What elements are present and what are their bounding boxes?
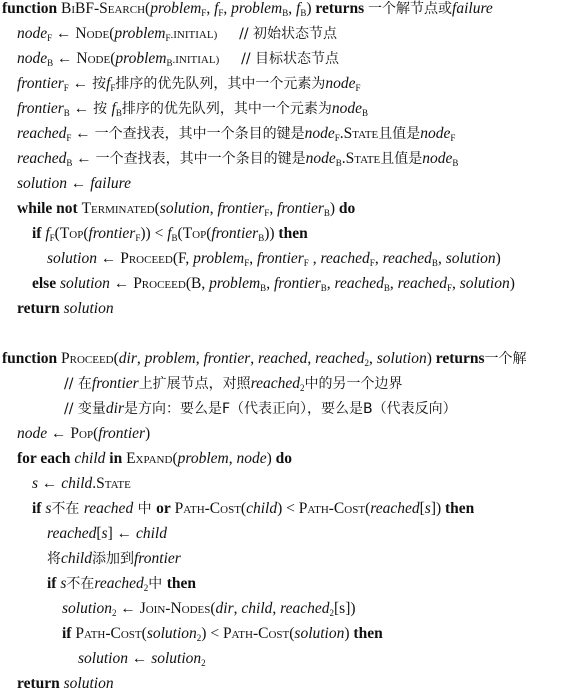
param: frontier (203, 350, 250, 367)
arg: reached (370, 500, 419, 517)
subscript: B (64, 108, 70, 118)
less-than: < (210, 625, 219, 642)
keyword: then (353, 625, 382, 642)
fn: Node (76, 50, 110, 67)
var: dir (106, 400, 124, 417)
fn: Expand (126, 450, 172, 467)
subscript: 2 (365, 358, 370, 368)
code-line: while not Terminated(solution, frontierF… (17, 200, 355, 218)
var: reached (94, 575, 143, 592)
var: child (61, 550, 92, 567)
subscript: F (304, 258, 309, 268)
subscript: B (172, 233, 178, 243)
returns-failure: failure (452, 0, 493, 17)
code-line: if s不在 reached 中 or Path-Cost(child) < P… (32, 500, 474, 518)
param: problem (150, 0, 201, 17)
keyword: if (62, 625, 71, 642)
text: 按 (93, 101, 111, 117)
var: node (325, 75, 355, 92)
param: reached (258, 350, 307, 367)
var: s (32, 475, 38, 492)
code-line: nodeF ← Node(problemF.INITIAL) // 初始状态节点 (17, 25, 337, 43)
code-line: solution ← failure (17, 175, 131, 193)
param: problem (231, 0, 282, 17)
subscript: F (370, 258, 375, 268)
var: solution (64, 300, 114, 317)
var: solution (60, 275, 110, 292)
subscript: F (50, 233, 55, 243)
param: reached (315, 350, 364, 367)
code-line: frontierB ← 按 fB排序的优先队列，其中一个元素为nodeB (17, 100, 368, 118)
comment: // 变量 (64, 401, 106, 417)
subscript: F (450, 133, 455, 143)
fn: Path-Cost (223, 625, 289, 642)
assign-arrow: ← (71, 175, 87, 192)
code-line: return solution (17, 300, 114, 318)
var: child (136, 525, 167, 542)
arg: solution (294, 625, 344, 642)
subscript: F (66, 133, 71, 143)
comment: // 目标状态节点 (241, 51, 339, 67)
value: failure (90, 175, 131, 192)
var: child (61, 475, 92, 492)
comment: // 在 (64, 376, 92, 392)
assign-arrow: ← (74, 100, 90, 117)
subscript: B (384, 283, 390, 293)
assign-arrow: ← (75, 125, 91, 142)
arg: solution (460, 275, 510, 292)
subscript: B (47, 58, 53, 68)
keyword: else (32, 275, 56, 292)
fn: Top (183, 225, 207, 242)
assign-arrow: ← (42, 475, 58, 492)
text: 不在 (51, 501, 83, 517)
code-line: reachedF ← 一个查找表，其中一个条目的键是nodeF.State且值是… (17, 125, 455, 143)
var: frontier (134, 550, 181, 567)
text: 一个查找表，其中一个条目的键是 (95, 126, 305, 142)
arg: F (178, 250, 185, 267)
var: frontier (17, 100, 64, 117)
var: node (420, 125, 450, 142)
var: node (306, 150, 336, 167)
var: node (305, 125, 335, 142)
assign-arrow: ← (51, 425, 67, 442)
code-line: if fF(Top(frontierF)) < fB(Top(frontierB… (32, 225, 308, 243)
code-line: node ← Pop(frontier) (17, 425, 150, 443)
arg: frontier (274, 275, 321, 292)
arg: reached (280, 600, 329, 617)
code-line: reached[s] ← child (47, 525, 167, 543)
keyword: if (32, 225, 41, 242)
param: problem (145, 350, 196, 367)
assign-arrow: ← (101, 250, 117, 267)
code-line: solution ← solution2 (78, 650, 206, 668)
var: node (17, 50, 47, 67)
keyword: do (276, 450, 292, 467)
arg: reached (383, 250, 432, 267)
keyword: then (445, 500, 474, 517)
code-line: reachedB ← 一个查找表，其中一个条目的键是nodeB.State且值是… (17, 150, 458, 168)
subscript: F (218, 8, 223, 18)
arg: frontier (277, 200, 324, 217)
var: solution (151, 650, 201, 667)
keyword: while not (17, 200, 78, 217)
var: reached (84, 500, 133, 517)
fn: Path-Cost (75, 625, 141, 642)
fn: Path-Cost (175, 500, 241, 517)
arg: frontier (89, 225, 136, 242)
var: reached (47, 525, 96, 542)
assign-arrow: ← (73, 75, 89, 92)
text: 不在 (66, 576, 94, 592)
arg: frontier (218, 200, 265, 217)
fn: Pop (70, 425, 93, 442)
fn: Terminated (82, 200, 155, 217)
assign-arrow: ← (120, 600, 136, 617)
subscript: 2 (112, 608, 117, 618)
fn: Path-Cost (299, 500, 365, 517)
var: node (17, 25, 47, 42)
attr: .INITIAL) (173, 54, 220, 66)
arg: B (191, 275, 201, 292)
attr: .State (342, 150, 381, 167)
keyword-function: function (2, 350, 57, 367)
less-than: < (155, 225, 164, 242)
var: reached (17, 125, 66, 142)
assign-arrow: ← (117, 525, 133, 542)
text: 添加到 (92, 551, 134, 567)
arg: problem (115, 50, 166, 67)
code-line: 将child添加到frontier (47, 550, 181, 568)
keyword: do (339, 200, 355, 217)
subscript: B (258, 233, 264, 243)
text: 且值是 (380, 151, 422, 167)
arg: problem (114, 25, 165, 42)
var: s (425, 500, 431, 517)
subscript: B (260, 283, 266, 293)
keyword: if (32, 500, 41, 517)
keyword-function: function (2, 0, 57, 17)
code-line: solution ← Proceed(F, problemF, frontier… (47, 250, 501, 268)
var: solution (78, 650, 128, 667)
subscript: B (324, 208, 330, 218)
subscript: F (244, 258, 249, 268)
index: [s]) (334, 600, 356, 617)
var: frontier (92, 375, 139, 392)
subscript: B (321, 283, 327, 293)
comment: 中的另一个边界 (305, 376, 403, 392)
fn: Join-Nodes (140, 600, 211, 617)
code-line: if Path-Cost(solution2) < Path-Cost(solu… (62, 625, 383, 643)
text: 且值是 (378, 126, 420, 142)
keyword: if (47, 575, 56, 592)
arg: solution (147, 625, 197, 642)
var: node (332, 100, 362, 117)
keyword: then (167, 575, 196, 592)
comment: 是方向：要么是F（代表正向），要么是B（代表反向） (124, 401, 457, 417)
bibf-search-signature: function BiBF-Search(problemF, fF, probl… (2, 0, 493, 18)
code-line: if s不在reached2中 then (47, 575, 196, 593)
arg: problem (178, 450, 229, 467)
keyword-returns: returns (436, 350, 485, 367)
keyword: return (17, 675, 60, 689)
subscript: B (432, 258, 438, 268)
assign-arrow: ← (56, 25, 72, 42)
subscript: F (47, 33, 52, 43)
var: reached (251, 375, 300, 392)
subscript: F (64, 83, 69, 93)
code-line: s ← child.State (32, 475, 131, 493)
less-than: < (286, 500, 295, 517)
assign-arrow: ← (76, 150, 92, 167)
subscript: B (300, 8, 306, 18)
subscript: F (356, 83, 361, 93)
arg: frontier (257, 250, 304, 267)
param: dir (119, 350, 137, 367)
var: node (422, 150, 452, 167)
code-line: nodeB ← Node(problemB.INITIAL) // 目标状态节点 (17, 50, 339, 68)
code-line: solution2 ← Join-Nodes(dir, child, reach… (62, 600, 356, 618)
arg: problem (209, 275, 260, 292)
keyword: or (156, 500, 171, 517)
subscript: B (66, 158, 72, 168)
comment: 上扩展节点，对照 (139, 376, 251, 392)
keyword-returns: returns (315, 0, 364, 17)
code-line: for each child in Expand(problem, node) … (17, 450, 292, 468)
fn: Top (60, 225, 84, 242)
fn: Proceed (120, 250, 173, 267)
arg: child (241, 600, 272, 617)
text: 将 (47, 551, 61, 567)
var: node (17, 425, 47, 442)
var: frontier (17, 75, 64, 92)
function-name: BiBF-Search (61, 0, 145, 17)
text: 排序的优先队列，其中一个元素为 (122, 101, 332, 117)
keyword: for each (17, 450, 71, 467)
arg: reached (335, 275, 384, 292)
arg: reached (320, 250, 369, 267)
attr: .State (92, 475, 131, 492)
subscript: B (362, 108, 368, 118)
assign-arrow: ← (114, 275, 130, 292)
subscript: B (452, 158, 458, 168)
subscript: F (447, 283, 452, 293)
returns-text: 一个解节点或 (368, 1, 452, 17)
text: 按 (92, 76, 106, 92)
text: 一个查找表，其中一个条目的键是 (96, 151, 306, 167)
function-name: Proceed (61, 350, 114, 367)
code-line: frontierF ← 按fF排序的优先队列，其中一个元素为nodeF (17, 75, 361, 93)
arg: node (236, 450, 266, 467)
subscript: F (264, 208, 269, 218)
comment-line: // 变量dir是方向：要么是F（代表正向），要么是B（代表反向） (64, 400, 457, 418)
var: solution (47, 250, 97, 267)
var: solution (62, 600, 112, 617)
arg: reached (398, 275, 447, 292)
attr: .State (340, 125, 379, 142)
keyword: return (17, 300, 60, 317)
attr: .INITIAL) (171, 29, 218, 41)
keyword: then (278, 225, 307, 242)
var: child (74, 450, 105, 467)
arg: solution (160, 200, 210, 217)
var: s (102, 525, 108, 542)
comment: // 初始状态节点 (239, 26, 337, 42)
subscript: 2 (197, 633, 202, 643)
comment-line: // 在frontier上扩展节点，对照reached2中的另一个边界 (64, 375, 403, 393)
text: 中 (133, 501, 156, 517)
keyword: in (109, 450, 122, 467)
subscript: F (135, 233, 140, 243)
assign-arrow: ← (57, 50, 73, 67)
arg: solution (446, 250, 496, 267)
arg: child (246, 500, 277, 517)
arg: problem (193, 250, 244, 267)
subscript: F (201, 8, 206, 18)
subscript: 2 (201, 658, 206, 668)
arg: dir (216, 600, 234, 617)
assign-arrow: ← (132, 650, 148, 667)
code-line: return solution (17, 675, 114, 689)
var: reached (17, 150, 66, 167)
text: 排序的优先队列，其中一个元素为 (115, 76, 325, 92)
subscript: B (282, 8, 288, 18)
var: solution (17, 175, 67, 192)
fn: Node (75, 25, 109, 42)
param: solution (377, 350, 427, 367)
text: 中 (148, 576, 166, 592)
var: solution (64, 675, 114, 689)
code-line: else solution ← Proceed(B, problemB, fro… (32, 275, 515, 293)
returns-text: 一个解 (485, 351, 527, 367)
fn: Proceed (133, 275, 186, 292)
arg: frontier (211, 225, 258, 242)
proceed-signature: function Proceed(dir, problem, frontier,… (2, 350, 527, 368)
arg: frontier (98, 425, 145, 442)
